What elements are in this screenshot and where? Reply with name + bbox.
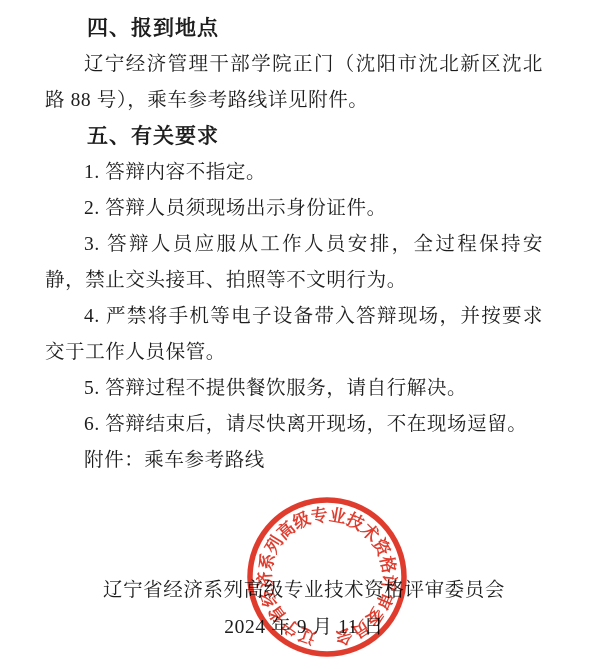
- requirement-item-6: 6. 答辩结束后，请尽快离开现场，不在现场逗留。: [45, 407, 543, 443]
- requirement-item-3: 3. 答辩人员应服从工作人员安排，全过程保持安静，禁止交头接耳、拍照等不文明行为…: [45, 227, 543, 299]
- issue-date: 2024 年 9 月 11 日: [103, 609, 505, 646]
- signature-inner: 辽宁省经济系列高级专业技术资格评审委员会 2024 年 9 月 11 日: [103, 572, 505, 646]
- issuing-authority: 辽宁省经济系列高级专业技术资格评审委员会: [103, 572, 505, 609]
- requirement-item-4: 4. 严禁将手机等电子设备带入答辩现场，并按要求交于工作人员保管。: [45, 299, 543, 371]
- section5-heading: 五、有关要求: [45, 119, 543, 155]
- notice-document-page: 四、报到地点 辽宁经济管理干部学院正门（沈阳市沈北新区沈北路 88 号），乘车参…: [0, 0, 595, 669]
- requirement-item-1: 1. 答辩内容不指定。: [45, 155, 543, 191]
- section4-heading: 四、报到地点: [45, 11, 543, 47]
- attachment-line: 附件：乘车参考路线: [45, 443, 543, 479]
- requirement-item-5: 5. 答辩过程不提供餐饮服务，请自行解决。: [45, 371, 543, 407]
- signature-block: 辽宁省经济系列高级专业技术资格评审委员会 2024 年 9 月 11 日: [45, 572, 543, 646]
- document-body: 四、报到地点 辽宁经济管理干部学院正门（沈阳市沈北新区沈北路 88 号），乘车参…: [0, 0, 595, 646]
- section4-paragraph: 辽宁经济管理干部学院正门（沈阳市沈北新区沈北路 88 号），乘车参考路线详见附件…: [45, 47, 543, 119]
- requirement-item-2: 2. 答辩人员须现场出示身份证件。: [45, 191, 543, 227]
